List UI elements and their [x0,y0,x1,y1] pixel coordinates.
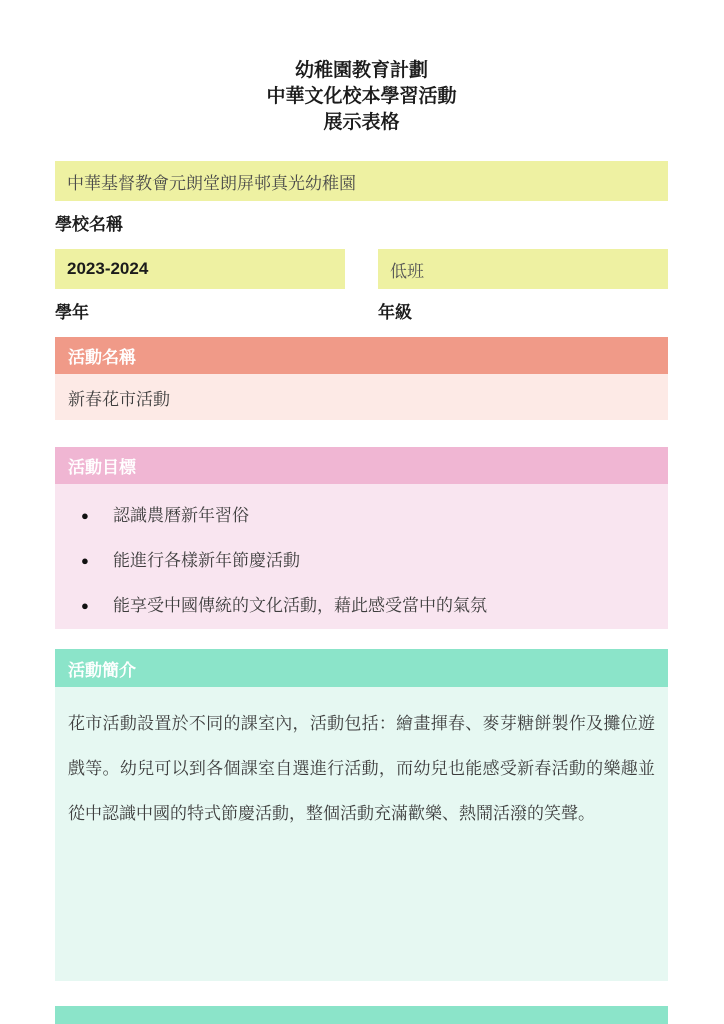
activity-goals-body: 認識農曆新年習俗 能進行各樣新年節慶活動 能享受中國傳統的文化活動，藉此感受當中… [55,484,668,629]
activity-intro-text: 花市活動設置於不同的課室內，活動包括：繪畫揮春、麥芽糖餅製作及攤位遊戲等。幼兒可… [68,714,655,823]
document-title-line-1: 幼稚園教育計劃 [55,58,668,84]
grade-field: 低班 年級 [378,249,668,323]
school-year-value-bar: 2023-2024 [55,249,345,289]
school-name-value: 中華基督教會元朗堂朗屏邨真光幼稚園 [67,169,356,194]
document-title: 幼稚園教育計劃 中華文化校本學習活動 展示表格 [55,58,668,136]
school-year-field: 2023-2024 學年 [55,249,345,323]
school-name-value-bar: 中華基督教會元朗堂朗屏邨真光幼稚園 [55,161,668,201]
activity-name-header: 活動名稱 [55,337,668,374]
grade-label: 年級 [378,298,668,323]
activity-name-value: 新春花市活動 [68,385,170,410]
next-section-header-bar-cutoff [55,1006,668,1024]
activity-intro-section: 活動簡介 花市活動設置於不同的課室內，活動包括：繪畫揮春、麥芽糖餅製作及攤位遊戲… [55,649,668,981]
grade-value-bar: 低班 [378,249,668,289]
activity-name-body: 新春花市活動 [55,374,668,420]
activity-goals-header: 活動目標 [55,447,668,484]
activity-name-section: 活動名稱 新春花市活動 [55,337,668,420]
school-year-label: 學年 [55,298,345,323]
school-name-label: 學校名稱 [55,210,668,235]
goal-item: 認識農曆新年習俗 [68,493,655,538]
year-grade-row: 2023-2024 學年 低班 年級 [55,249,668,323]
grade-value: 低班 [390,257,424,282]
goal-item: 能享受中國傳統的文化活動，藉此感受當中的氣氛 [68,583,655,628]
activity-intro-body: 花市活動設置於不同的課室內，活動包括：繪畫揮春、麥芽糖餅製作及攤位遊戲等。幼兒可… [55,687,668,981]
school-year-value: 2023-2024 [67,259,148,279]
activity-goals-section: 活動目標 認識農曆新年習俗 能進行各樣新年節慶活動 能享受中國傳統的文化活動，藉… [55,447,668,629]
school-name-field: 中華基督教會元朗堂朗屏邨真光幼稚園 學校名稱 [55,161,668,235]
activity-intro-header: 活動簡介 [55,649,668,687]
activity-goals-list: 認識農曆新年習俗 能進行各樣新年節慶活動 能享受中國傳統的文化活動，藉此感受當中… [68,493,655,628]
goal-item: 能進行各樣新年節慶活動 [68,538,655,583]
document-title-line-2: 中華文化校本學習活動 [55,84,668,110]
document-page: 幼稚園教育計劃 中華文化校本學習活動 展示表格 中華基督教會元朗堂朗屏邨真光幼稚… [0,0,724,1024]
document-title-line-3: 展示表格 [55,110,668,136]
